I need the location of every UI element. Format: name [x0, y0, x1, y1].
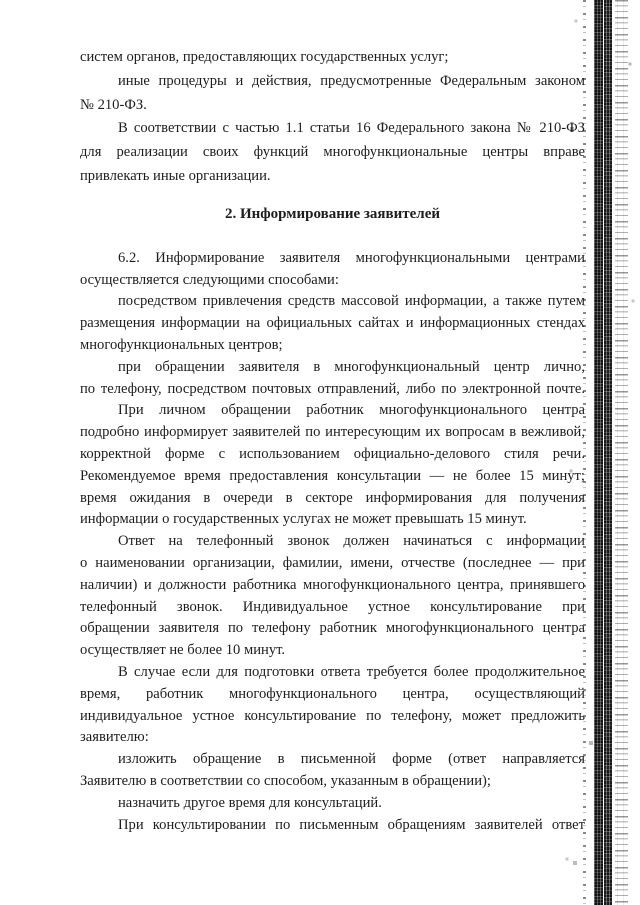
text-line: систем органов, предоставляющих государс… — [80, 46, 585, 70]
text-line: При консультировании по письменным обращ… — [80, 815, 585, 837]
text-line: При личном обращении работник многофункц… — [80, 400, 585, 422]
text-line: размещения информации на официальных сай… — [80, 313, 585, 335]
text-line: Рекомендуемое время предоставления консу… — [80, 466, 585, 488]
text-line: осуществляет не более 10 минут. — [80, 640, 585, 662]
paragraph-block: систем органов, предоставляющих государс… — [80, 46, 585, 189]
text-line: подробно информирует заявителей по интер… — [80, 422, 585, 444]
text-line: В случае если для подготовки ответа треб… — [80, 662, 585, 684]
text-line: иные процедуры и действия, предусмотренн… — [80, 70, 585, 94]
text-line: для реализации своих функций многофункци… — [80, 141, 585, 165]
text-line: время, работник многофункционального цен… — [80, 684, 585, 706]
text-line: осуществляется следующими способами: — [80, 270, 585, 292]
document-page: систем органов, предоставляющих государс… — [0, 0, 640, 905]
scan-artifact-sparse-band — [615, 0, 628, 905]
text-line: Заявителю в соответствии со способом, ук… — [80, 771, 585, 793]
document-body: систем органов, предоставляющих государс… — [80, 46, 585, 836]
text-line: информации о государственных услугах не … — [80, 509, 585, 531]
text-line: телефонный звонок. Индивидуальное устное… — [80, 597, 585, 619]
text-line: 6.2. Информирование заявителя многофункц… — [80, 248, 585, 270]
scan-artifact-dense-band-1 — [594, 0, 603, 905]
text-line: при обращении заявителя в многофункциона… — [80, 357, 585, 379]
paragraph-block: 6.2. Информирование заявителя многофункц… — [80, 248, 585, 837]
text-line: наличии) и должности работника многофунк… — [80, 575, 585, 597]
text-line: обращении заявителя по телефону работник… — [80, 618, 585, 640]
text-line: по телефону, посредством почтовых отправ… — [80, 379, 585, 401]
text-line: В соответствии с частью 1.1 статьи 16 Фе… — [80, 117, 585, 141]
text-line: посредством привлечения средств массовой… — [80, 291, 585, 313]
text-line: № 210-ФЗ. — [80, 94, 585, 118]
text-line: индивидуальное устное консультирование п… — [80, 706, 585, 728]
text-line: назначить другое время для консультаций. — [80, 793, 585, 815]
text-line: Ответ на телефонный звонок должен начина… — [80, 531, 585, 553]
text-line: изложить обращение в письменной форме (о… — [80, 749, 585, 771]
text-line: заявителю: — [80, 727, 585, 749]
text-line: о наименовании организации, фамилии, име… — [80, 553, 585, 575]
section-heading: 2. Информирование заявителей — [80, 203, 585, 225]
text-line: привлекать иные организации. — [80, 165, 585, 189]
scan-artifact-dense-band-2 — [604, 0, 612, 905]
text-line: многофункциональных центров; — [80, 335, 585, 357]
scan-specks — [0, 0, 2, 2]
text-line: корректной форме с использованием официа… — [80, 444, 585, 466]
text-line: время ожидания в очереди в секторе инфор… — [80, 488, 585, 510]
